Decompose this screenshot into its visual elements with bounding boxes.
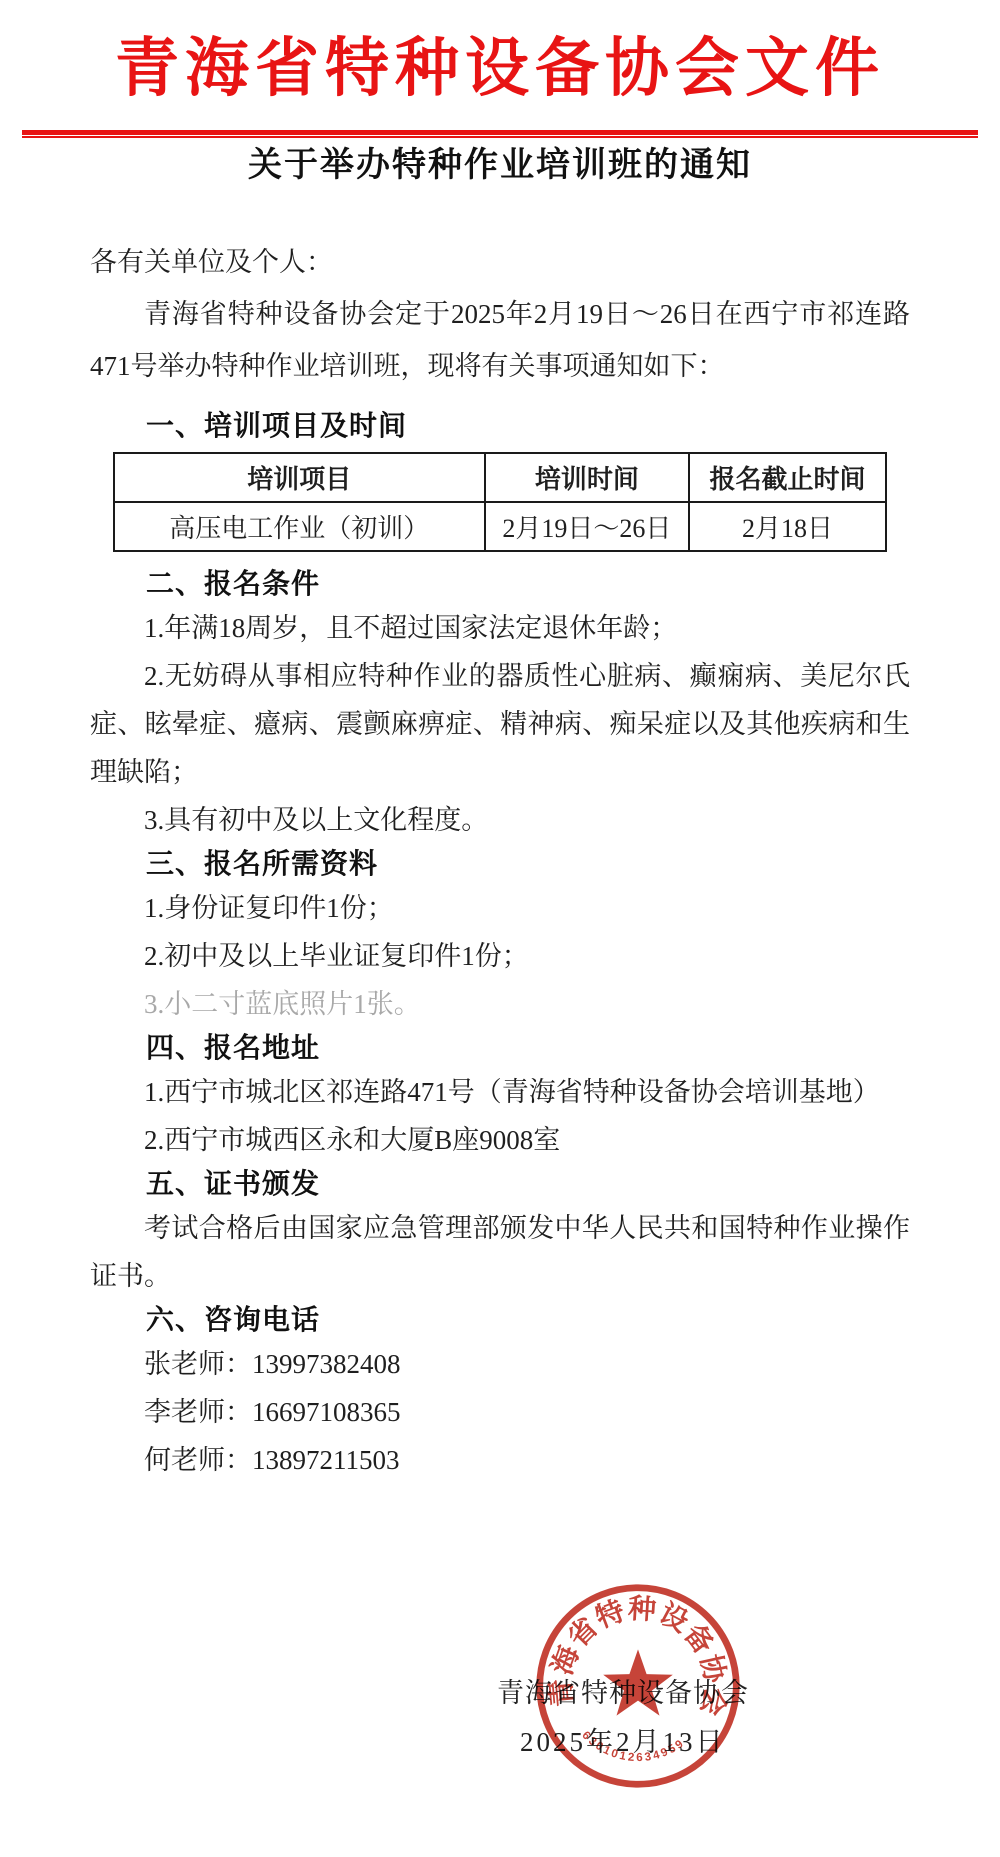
contact-phone-zhang: 张老师：13997382408 bbox=[90, 1340, 910, 1388]
cell-project: 高压电工作业（初训） bbox=[114, 502, 485, 551]
letterhead-org-title: 青海省特种设备协会文件 bbox=[0, 34, 1000, 104]
seal-star-icon bbox=[603, 1649, 673, 1715]
section-heading-materials: 三、报名所需资料 bbox=[90, 844, 910, 884]
document-title: 关于举办特种作业培训班的通知 bbox=[0, 146, 1000, 186]
col-header-time: 培训时间 bbox=[485, 453, 690, 502]
requirement-item-1: 1.年满18周岁，且不超过国家法定退休年龄； bbox=[90, 604, 910, 652]
cell-deadline: 2月18日 bbox=[689, 502, 886, 551]
col-header-deadline: 报名截止时间 bbox=[689, 453, 886, 502]
seal-serial-number: 6301012634959 bbox=[579, 1729, 687, 1764]
contact-phone-li: 李老师：16697108365 bbox=[90, 1388, 910, 1436]
official-red-seal: 青海省特种设备协会 6301012634959 bbox=[532, 1580, 744, 1792]
certificate-paragraph: 考试合格后由国家应急管理部颁发中华人民共和国特种作业操作证书。 bbox=[90, 1204, 910, 1300]
document-body: 各有关单位及个人： 青海省特种设备协会定于2025年2月19日～26日在西宁市祁… bbox=[90, 236, 910, 1484]
salutation: 各有关单位及个人： bbox=[90, 236, 910, 288]
section-heading-training-schedule: 一、培训项目及时间 bbox=[90, 406, 910, 446]
col-header-project: 培训项目 bbox=[114, 453, 485, 502]
notice-document-page: 青海省特种设备协会文件 关于举办特种作业培训班的通知 各有关单位及个人： 青海省… bbox=[0, 0, 1000, 1857]
address-item-2: 2.西宁市城西区永和大厦B座9008室 bbox=[90, 1116, 910, 1164]
requirement-item-3: 3.具有初中及以上文化程度。 bbox=[90, 796, 910, 844]
section-heading-contacts: 六、咨询电话 bbox=[90, 1300, 910, 1340]
section-heading-address: 四、报名地址 bbox=[90, 1028, 910, 1068]
table-header-row: 培训项目 培训时间 报名截止时间 bbox=[114, 453, 886, 502]
material-item-1: 1.身份证复印件1份； bbox=[90, 884, 910, 932]
section-heading-certificate: 五、证书颁发 bbox=[90, 1164, 910, 1204]
cell-time: 2月19日～26日 bbox=[485, 502, 690, 551]
material-item-2: 2.初中及以上毕业证复印件1份； bbox=[90, 932, 910, 980]
contact-phone-he: 何老师：13897211503 bbox=[90, 1436, 910, 1484]
letterhead-red-rule bbox=[22, 130, 978, 138]
material-item-3: 3.小二寸蓝底照片1张。 bbox=[90, 980, 910, 1028]
table-row: 高压电工作业（初训） 2月19日～26日 2月18日 bbox=[114, 502, 886, 551]
address-item-1: 1.西宁市城北区祁连路471号（青海省特种设备协会培训基地） bbox=[90, 1068, 910, 1116]
requirement-item-2: 2.无妨碍从事相应特种作业的器质性心脏病、癫痫病、美尼尔氏症、眩晕症、癔病、震颤… bbox=[90, 652, 910, 796]
training-schedule-table: 培训项目 培训时间 报名截止时间 高压电工作业（初训） 2月19日～26日 2月… bbox=[113, 452, 887, 552]
section-heading-requirements: 二、报名条件 bbox=[90, 564, 910, 604]
intro-paragraph: 青海省特种设备协会定于2025年2月19日～26日在西宁市祁连路471号举办特种… bbox=[90, 288, 910, 392]
